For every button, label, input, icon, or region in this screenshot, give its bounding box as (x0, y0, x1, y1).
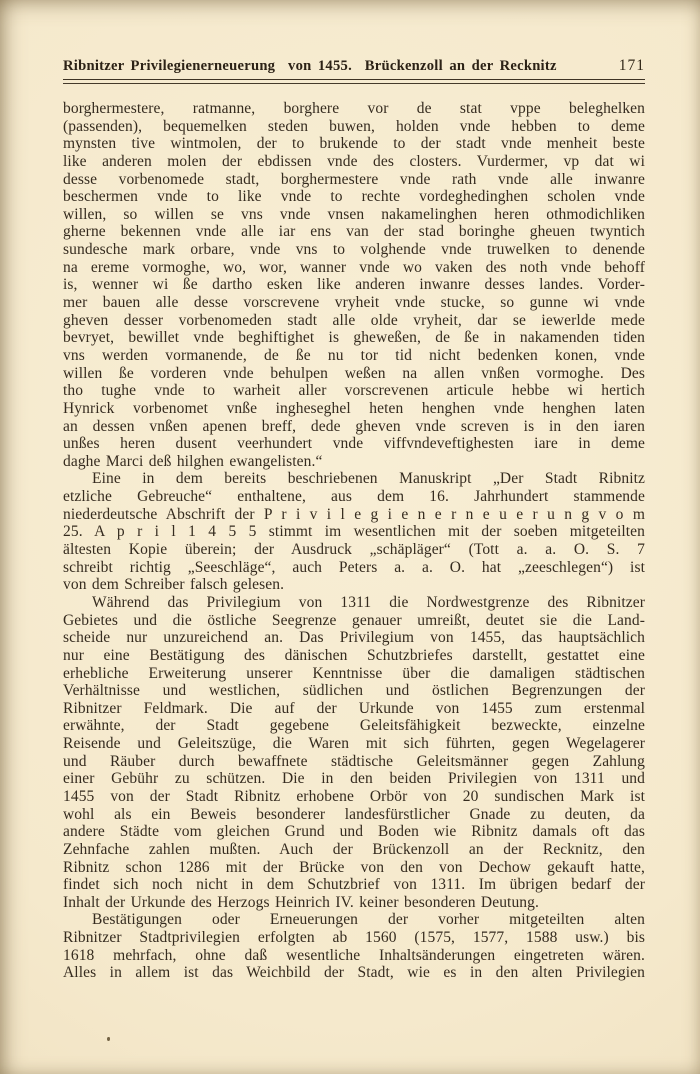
header-double-rule (63, 79, 645, 84)
text-line: scheide nur unzureichend an. Das Privile… (63, 629, 645, 647)
text-line: unßes heren dusent veerhundert vnde viff… (63, 435, 645, 453)
text-line: Inhalt der Urkunde des Herzogs Heinrich … (63, 894, 645, 912)
text-line: Reisende und Geleitszüge, die Waren mit … (63, 735, 645, 753)
ink-speck (107, 1037, 110, 1041)
text-line: etzliche Gebreuche“ enthaltene, aus dem … (63, 488, 645, 506)
text-line: an dessen vnßen apenen breff, dede gheve… (63, 418, 645, 436)
text-line: 1618 mehrfach, ohne daß wesentliche Inha… (63, 947, 645, 965)
text-line: Ribnitz schon 1286 mit der Brücke von de… (63, 859, 645, 877)
page-number: 171 (619, 57, 645, 75)
text-line: schreibt richtig „Seeschläge“, auch Pete… (63, 559, 645, 577)
text-line: Hynrick vorbenomet vnße ingheseghel hete… (63, 400, 645, 418)
text-line: mer bauen alle desse vorscrevene vryheit… (63, 294, 645, 312)
text-line: willen ße vorderen vnde behulpen weßen n… (63, 365, 645, 383)
text-line: sundesche mark orbare, vnde vns to volgh… (63, 241, 645, 259)
text-line: von dem Schreiber falsch gelesen. (63, 576, 645, 594)
text-line: Eine in dem bereits beschriebenen Manusk… (63, 470, 645, 488)
text-line: findet sich noch nicht in dem Schutzbrie… (63, 876, 645, 894)
text-line: mynsten tive wintmolen, der to brukende … (63, 135, 645, 153)
text-line: Alles in allem ist das Weichbild der Sta… (63, 964, 645, 982)
body-text: borghermestere, ratmanne, borghere vor d… (63, 100, 645, 982)
text-line: Bestätigungen oder Erneuerungen der vorh… (63, 911, 645, 929)
text-line: like anderen molen der ebdissen vnde des… (63, 153, 645, 171)
text-line: daghe Marci deß hilghen ewangelisten.“ (63, 453, 645, 471)
text-line: tho tughe vnde to warheit aller vorscrev… (63, 382, 645, 400)
paragraph: Bestätigungen oder Erneuerungen der vorh… (63, 911, 645, 982)
paragraph: borghermestere, ratmanne, borghere vor d… (63, 100, 645, 470)
text-line: bevryet, bewillet vnde beghiftighet is g… (63, 329, 645, 347)
text-line: 1455 von der Stadt Ribnitz erhobene Orbö… (63, 788, 645, 806)
text-line: einer Gebühr zu schützen. Die in den bei… (63, 770, 645, 788)
running-header-title: Ribnitzer Privilegienerneuerung von 1455… (63, 58, 557, 75)
text-line: andere Städte vom gleichen Grund und Bod… (63, 823, 645, 841)
text-line: wohl als ein Beweis besonderer landesfür… (63, 806, 645, 824)
text-line: erwähnte, der Stadt gegebene Geleitsfähi… (63, 717, 645, 735)
text-line: Gebietes und die östliche Seegrenze gena… (63, 612, 645, 630)
text-line: beschermen vnde to like vnde to rechte v… (63, 188, 645, 206)
text-line: desse vorbenomede stadt, borghermestere … (63, 171, 645, 189)
text-line: nur eine Bestätigung des dänischen Schut… (63, 647, 645, 665)
text-line: na ereme vormoghe, wo, wor, wanner vnde … (63, 259, 645, 277)
text-line: niederdeutsche Abschrift der P r i v i l… (63, 506, 645, 524)
text-line: borghermestere, ratmanne, borghere vor d… (63, 100, 645, 118)
text-line: Ribnitzer Feldmark. Die auf der Urkunde … (63, 700, 645, 718)
text-line: ältesten Kopie überein; der Ausdruck „sc… (63, 541, 645, 559)
text-line: (passenden), bequemelken steden buwen, h… (63, 118, 645, 136)
text-line: erhebliche Erweiterung unserer Kenntniss… (63, 665, 645, 683)
text-line: Während das Privilegium von 1311 die Nor… (63, 594, 645, 612)
scanned-book-page: Ribnitzer Privilegienerneuerung von 1455… (0, 0, 700, 1074)
text-line: willen, so willen se vns vnde vnsen naka… (63, 206, 645, 224)
text-line: Ribnitzer Stadtprivilegien erfolgten ab … (63, 929, 645, 947)
paragraph: Während das Privilegium von 1311 die Nor… (63, 594, 645, 912)
paragraph: Eine in dem bereits beschriebenen Manusk… (63, 470, 645, 593)
text-line: und Räuber durch bewaffnete städtische G… (63, 753, 645, 771)
text-line: Verhältnisse und westlichen, südlichen u… (63, 682, 645, 700)
text-line: vns werden vormanende, de ße nu tor tid … (63, 347, 645, 365)
text-line: is, wenner wi ße dartho esken like ander… (63, 276, 645, 294)
text-line: gheven desser vorbenomeden stadt alle ol… (63, 312, 645, 330)
text-line: gherne bekennen vnde alle iar ens van de… (63, 223, 645, 241)
text-line: 25. A p r i l 1 4 5 5 stimmt im wesentli… (63, 523, 645, 541)
text-line: Zehnfache zahlen mußten. Auch der Brücke… (63, 841, 645, 859)
running-header: Ribnitzer Privilegienerneuerung von 1455… (63, 57, 645, 75)
